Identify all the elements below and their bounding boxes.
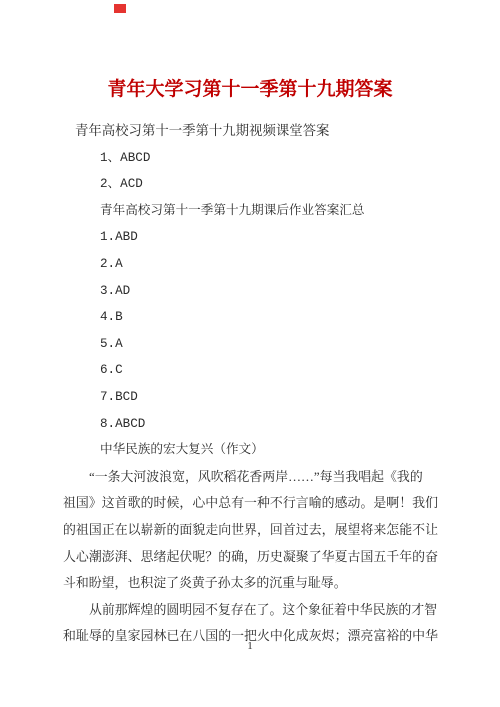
document-line: 青年高校习第十一季第十九期视频课堂答案 [75,118,438,145]
document-line: 2.A [100,251,438,278]
document-line: 人心潮澎湃、思绪起伏呢？的确，历史凝聚了华夏古国五千年的奋 [63,544,438,571]
document-line: 中华民族的宏大复兴（作文） [100,437,438,464]
document-line: 4.B [100,304,438,331]
page-title: 青年大学习第十一季第十九期答案 [0,74,500,101]
document-line: 1、ABCD [100,145,438,172]
document-body: 青年高校习第十一季第十九期视频课堂答案1、ABCD2、ACD青年高校习第十一季第… [63,118,438,650]
document-line: 青年高校习第十一季第十九期课后作业答案汇总 [100,198,438,225]
document-page: 青年大学习第十一季第十九期答案 青年高校习第十一季第十九期视频课堂答案1、ABC… [0,0,500,707]
document-line: 从前那辉煌的圆明园不复存在了。这个象征着中华民族的才智 [63,597,438,624]
red-marker-icon [114,4,126,13]
document-line: 祖国》这首歌的时候，心中总有一种不行言喻的感动。是啊！我们 [63,490,438,517]
document-line: 8.ABCD [100,411,438,438]
document-line: 的祖国正在以崭新的面貌走向世界，回首过去，展望将来怎能不让 [63,517,438,544]
document-line: 1.ABD [100,224,438,251]
document-line: 3.AD [100,278,438,305]
document-line: 2、ACD [100,171,438,198]
document-line: 5.A [100,331,438,358]
document-line: “一条大河波浪宽，风吹稻花香两岸……”每当我唱起《我的 [63,464,438,491]
page-number: 1 [0,640,500,652]
document-line: 6.C [100,357,438,384]
document-line: 斗和盼望，也积淀了炎黄子孙太多的沉重与耻辱。 [63,570,438,597]
document-line: 7.BCD [100,384,438,411]
